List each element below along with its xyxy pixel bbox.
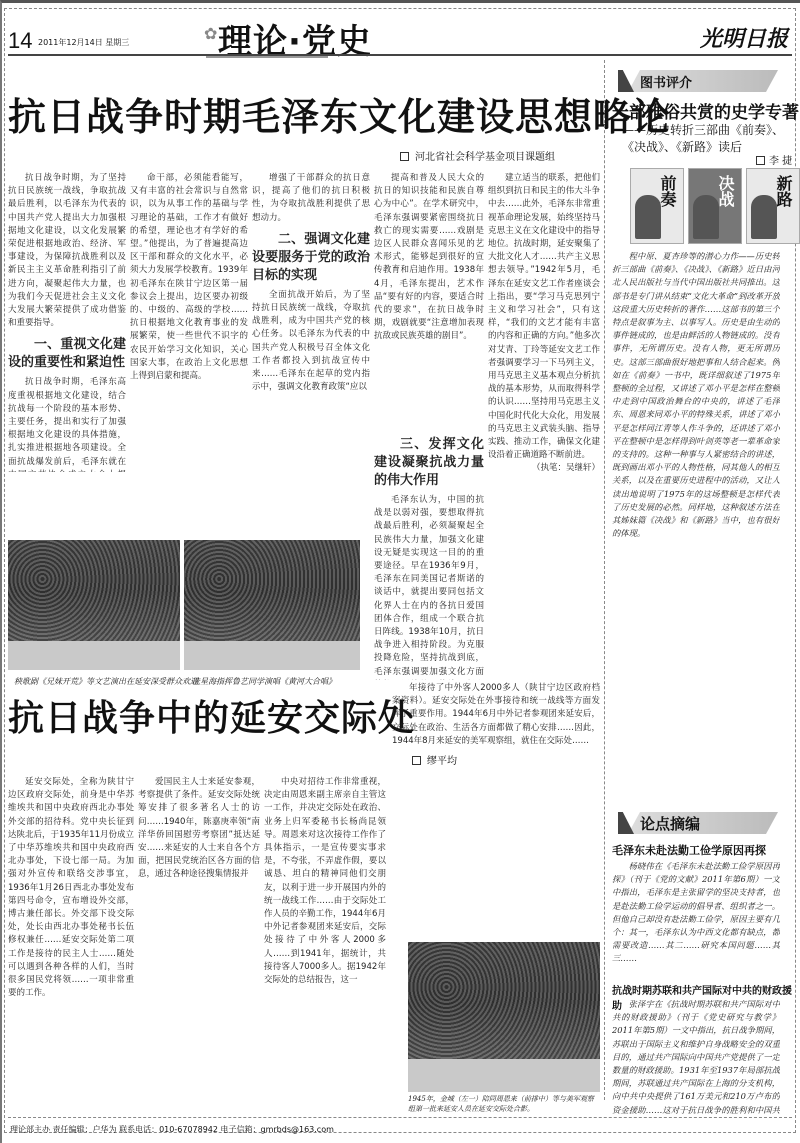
- article1-column-1: 抗日战争时期，为了坚持抗日民族统一战线，争取抗战最后胜利，以毛泽东为代表的中国共…: [8, 172, 126, 472]
- article1-col3-text: 增强了干部群众的抗日意识，提高了他们的抗日积极性，为夺取抗战胜利提供了思想动力。: [252, 172, 370, 225]
- article1-editor-note: （执笔：吴继轩）: [488, 462, 600, 475]
- article2-column-3: 中央对招待工作非常重视，决定由周恩来副主席亲自主管这一工作，并决定交际处在政治、…: [264, 776, 386, 1116]
- photo-caption-3: 1945年，金城（左一）陪同周恩来（前排中）等与美军观察组第一批来延安人员在延安…: [408, 1094, 600, 1114]
- article1-column-6: 建立适当的联系，把他们组织到抗日和民主的伟大斗争中去……此外，毛泽东非常重视革命…: [488, 172, 600, 672]
- article2-col4-text: 年接待了中外客人2000多人（陕甘宁边区政府档案资料）。延安交际处在外事接待和统…: [392, 682, 600, 748]
- article1-column-5: 三、发挥文化建设凝聚抗战力量的伟大作用 毛泽东认为，中国的抗战是以弱对强，要想取…: [374, 430, 484, 680]
- article1-section2-text: 全面抗战开始后，为了坚持抗日民族统一战线，夺取抗战胜利，成为中国共产党的核心任务…: [252, 289, 370, 395]
- article1-section2-heading: 二、强调文化建设要服务于党的政治目标的实现: [252, 231, 370, 285]
- digest-item2-body: 张泽宇在《抗战时期苏联和共产国际对中共的财政援助》（刊于《党史研究与教学》201…: [612, 998, 780, 1114]
- article1-section1-heading: 一、重视文化建设的重要性和紧迫性: [8, 336, 126, 372]
- article1-headline: 抗日战争时期毛泽东文化建设思想略论: [8, 86, 671, 141]
- article2-column-1: 延安交际处，全称为陕甘宁边区政府交际处，前身是中华苏维埃共和国中央政府西北办事处…: [8, 776, 134, 1116]
- book-cover-juezhan: 决战: [688, 168, 742, 244]
- footer-credits: 理论部主办 责任编辑：户华为 联系电话：010-67078942 电子信箱：gm…: [10, 1124, 334, 1135]
- article1-section1-text: 抗日战争时期，毛泽东高度重视根据地文化建设，结合抗战每一个阶段的基本形势、主要任…: [8, 376, 126, 472]
- book-cover-qianzou: 前奏: [630, 168, 684, 244]
- article1-byline: 河北省社会科学基金项目课题组: [400, 148, 555, 163]
- article1-col6-text: 建立适当的联系，把他们组织到抗日和民主的伟大斗争中去……此外，毛泽东非常重视革命…: [488, 172, 600, 462]
- article1-column-4: 提高和普及人民大众的抗日的知识技能和民族自尊心为中心”。在学术研究中，毛泽东强调…: [374, 172, 484, 472]
- book-review-header-label: 图书评介: [640, 72, 692, 91]
- article1-section3-text: 毛泽东认为，中国的抗战是以弱对强，要想取得抗战最后胜利，必须凝聚起全民族伟大力量…: [374, 494, 484, 680]
- article1-column-3: 增强了干部群众的抗日意识，提高了他们的抗日积极性，为夺取抗战胜利提供了思想动力。…: [252, 172, 370, 472]
- digest-item1-title: 毛泽东未赴法勤工俭学原因再探: [612, 842, 766, 858]
- article1-intro: 抗日战争时期，为了坚持抗日民族统一战线，争取抗战最后胜利，以毛泽东为代表的中国共…: [8, 172, 126, 330]
- section-decoration-icon: ✿: [204, 24, 217, 43]
- article2-col3-text: 中央对招待工作非常重视，决定由周恩来副主席亲自主管这一工作，并决定交际处在政治、…: [264, 776, 386, 987]
- newspaper-logo: 光明日报: [700, 22, 788, 53]
- digest-header-label: 论点摘编: [640, 813, 700, 834]
- article2-col1-text: 延安交际处，全称为陕甘宁边区政府交际处，前身是中华苏维埃共和国中央政府西北办事处…: [8, 776, 134, 1000]
- photo-us-observer-group: [408, 942, 600, 1092]
- article2-col2-text: 爱国民主人士来延安参观，考察提供了条件。延安交际处统筹安排了很多著名人士的访问……: [138, 776, 260, 882]
- book-review-header: 图书评介: [612, 70, 782, 92]
- page-number: 14: [8, 28, 32, 54]
- photo-caption-2: 冼星海指挥鲁艺同学演唱《黄河大合唱》: [192, 676, 336, 687]
- digest-item1-body: 杨晓伟在《毛泽东未赴法勤工俭学原因再探》（刊于《党的文献》2011年第6期）一文…: [612, 860, 780, 978]
- dateline: 2011年12月14日 星期三: [38, 37, 129, 48]
- photo-yangge-performance: [8, 540, 180, 670]
- article1-section3-heading: 三、发挥文化建设凝聚抗战力量的伟大作用: [374, 436, 484, 490]
- article1-col2-text: 命干部，必须能看能写，又有丰富的社会常识与自然常识，以为从事工作的基础与学习理论…: [130, 172, 248, 383]
- book-review-body: 程中原、夏杏珍等的潜心力作——历史转折三部曲《前奏》、《决战》、《新路》近日由河…: [612, 250, 780, 798]
- masthead: 14 2011年12月14日 星期三 ✿ 理论·党史 光明日报: [8, 10, 792, 54]
- article2-headline: 抗日战争中的延安交际处: [8, 690, 415, 741]
- photo-yellow-river-chorus: [184, 540, 360, 670]
- book-cover-xinlu: 新路: [746, 168, 800, 244]
- sidebar-divider: [604, 60, 605, 1100]
- byline-box-icon: [400, 152, 409, 161]
- footer-rule: [8, 1117, 792, 1118]
- byline-box-icon: [756, 156, 765, 165]
- book-review-byline: 李 捷: [756, 152, 792, 167]
- article2-column-4: 年接待了中外客人2000多人（陕甘宁边区政府档案资料）。延安交际处在外事接待和统…: [392, 682, 600, 932]
- book-review-subtitle: ——历史转折三部曲《前奏》、 《决战》、《新路》读后: [622, 122, 784, 156]
- masthead-rule: [8, 54, 792, 56]
- article2-column-2: 爱国民主人士来延安参观，考察提供了条件。延安交际处统筹安排了很多著名人士的访问……: [138, 776, 260, 1116]
- article1-col4-text: 提高和普及人民大众的抗日的知识技能和民族自尊心为中心”。在学术研究中，毛泽东强调…: [374, 172, 484, 344]
- photo-caption-1: 秧歌剧《兄妹开荒》等文艺演出在延安深受群众欢迎: [14, 676, 198, 687]
- digest-header: 论点摘编: [612, 812, 782, 834]
- book-review-title: 一部雅俗共赏的史学专著: [612, 98, 799, 123]
- article1-column-2: 命干部，必须能看能写，又有丰富的社会常识与自然常识，以为从事工作的基础与学习理论…: [130, 172, 248, 472]
